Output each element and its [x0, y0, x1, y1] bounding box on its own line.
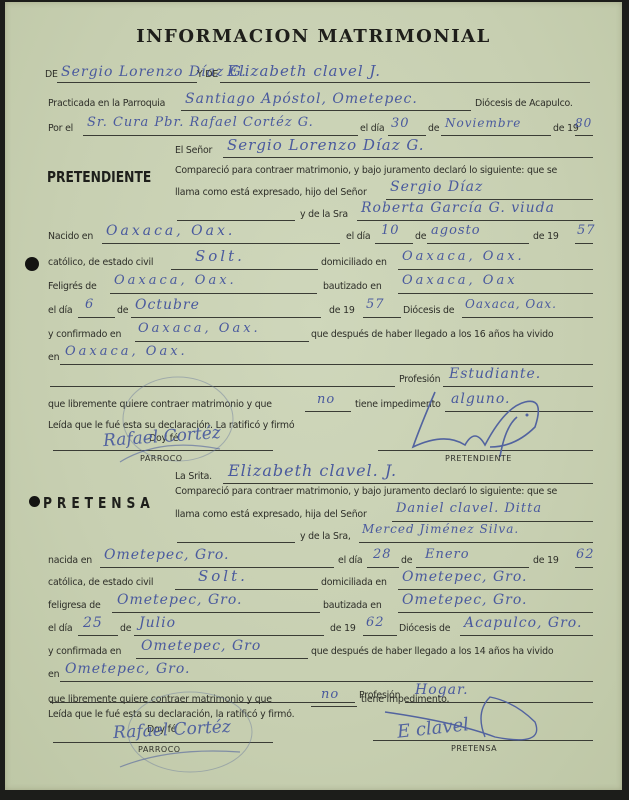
confirmada-label: y confirmada en [48, 646, 121, 657]
groom-profession-field[interactable]: Estudiante. [449, 366, 541, 382]
groom-confirmed-in-field[interactable]: Oaxaca, Oax. [138, 321, 261, 336]
bride-mother-label: y de la Sra, [300, 531, 351, 542]
punch-hole [29, 496, 40, 507]
groom-despues-text: que después de haber llegado a los 16 añ… [311, 329, 553, 340]
senor-label: El Señor [175, 145, 212, 156]
dia-label: el día [360, 123, 384, 134]
parish-seal-stamp [100, 692, 280, 782]
groom-baptism-de-label: de [117, 305, 128, 316]
bride-diocesis-label: Diócesis de [399, 623, 450, 634]
bride-signature-flourish [375, 692, 555, 752]
bride-parroco-label: PARROCO [138, 745, 181, 754]
groom-baptism-year-field[interactable]: 57 [366, 297, 385, 312]
groom-birthplace-field[interactable]: Oaxaca, Oax. [106, 223, 235, 239]
groom-mother-field[interactable]: Roberta García G. viuda [361, 200, 555, 216]
groom-baptism-year-prefix: de 19 [329, 305, 355, 316]
bride-baptized-in-field[interactable]: Ometepec, Gro. [402, 592, 527, 608]
parroquia-field[interactable]: Santiago Apóstol, Ometepec. [185, 91, 418, 107]
por-el-label: Por el [48, 123, 73, 134]
diocesis-acapulco-label: Diócesis de Acapulco. [475, 98, 573, 109]
bautizado-label: bautizado en [323, 281, 382, 292]
groom-dia-label: el día [346, 231, 370, 242]
pretendiente-section-title: PRETENDIENTE [47, 168, 151, 186]
groom-birth-month-field[interactable]: agosto [431, 223, 481, 238]
bride-name-field[interactable]: Elizabeth clavel J. [227, 62, 381, 80]
bride-domicile-field[interactable]: Ometepec, Gro. [402, 569, 527, 585]
bride-birth-month-field[interactable]: Enero [425, 547, 470, 562]
groom-birth-day-field[interactable]: 10 [381, 223, 400, 238]
groom-mother-label: y de la Sra [300, 209, 348, 220]
bride-llama-text: llama como está expresado, hija del Seño… [175, 509, 367, 520]
bride-baptism-dia-label: el día [48, 623, 72, 634]
groom-baptism-day-field[interactable]: 6 [85, 297, 94, 312]
bride-en-label: en [48, 669, 59, 680]
bride-baptism-de-label: de [120, 623, 131, 634]
pretendiente-signature-label: PRETENDIENTE [445, 454, 512, 463]
groom-lived-in-field[interactable]: Oaxaca, Oax. [65, 344, 188, 359]
bride-birthplace-field[interactable]: Ometepec, Gro. [104, 547, 229, 563]
pretensa-section-title: PRETENSA [43, 494, 155, 512]
groom-feligres-field[interactable]: Oaxaca, Oax. [114, 273, 237, 288]
catolica-label: católica, de estado civil [48, 577, 153, 588]
bride-birth-day-field[interactable]: 28 [373, 547, 392, 562]
domiciliada-label: domiciliada en [321, 577, 387, 588]
bride-mother-field[interactable]: Merced Jiménez Silva. [362, 522, 519, 536]
groom-impediment-neg-field[interactable]: no [317, 392, 335, 407]
groom-civil-status-field[interactable]: Solt. [195, 247, 245, 265]
de-label: DE [45, 69, 58, 80]
de-label-2: de [428, 123, 439, 134]
groom-comparecio-text: Compareció para contraer matrimonio, y b… [175, 165, 557, 176]
bride-father-field[interactable]: Daniel clavel. Ditta [396, 501, 542, 516]
groom-birth-year-field[interactable]: 57 [577, 223, 596, 238]
month-field[interactable]: Noviembre [445, 116, 521, 130]
bride-year-prefix: de 19 [533, 555, 559, 566]
groom-diocese-field[interactable]: Oaxaca, Oax. [465, 297, 557, 311]
catolico-label: católico, de estado civil [48, 257, 153, 268]
year-field[interactable]: 80 [575, 116, 592, 130]
bride-despues-text: que después de haber llegado a los 14 añ… [311, 646, 553, 657]
groom-en-label: en [48, 352, 59, 363]
bride-baptism-month-field[interactable]: Julio [139, 615, 176, 631]
groom-de-label: de [415, 231, 426, 242]
feligresa-label: feligresa de [48, 600, 101, 611]
bride-lived-in-field[interactable]: Ometepec, Gro. [65, 661, 190, 677]
nacida-label: nacida en [48, 555, 92, 566]
srita-label: La Srita. [175, 471, 212, 482]
groom-full-name-field[interactable]: Sergio Lorenzo Díaz G. [227, 136, 425, 154]
groom-name-field[interactable]: Sergio Lorenzo Díaz G. [61, 64, 247, 80]
bride-civil-status-field[interactable]: Solt. [198, 567, 248, 585]
bride-diocese-field[interactable]: Acapulco, Gro. [464, 615, 582, 631]
groom-parroco-label: PARROCO [140, 454, 183, 463]
document-title: INFORMACION MATRIMONIAL [5, 26, 622, 47]
bride-dia-label: el día [338, 555, 362, 566]
nacido-label: Nacido en [48, 231, 93, 242]
pretensa-signature-label: PRETENSA [451, 744, 497, 753]
groom-baptism-month-field[interactable]: Octubre [135, 297, 200, 313]
groom-profesion-label: Profesión [399, 374, 440, 385]
bride-impediment-neg-field[interactable]: no [321, 687, 339, 702]
bride-full-name-field[interactable]: Elizabeth clavel. J. [228, 461, 397, 480]
bride-baptism-year-prefix: de 19 [330, 623, 356, 634]
groom-year-prefix: de 19 [533, 231, 559, 242]
officiant-field[interactable]: Sr. Cura Pbr. Rafael Cortéz G. [87, 115, 314, 130]
groom-baptized-in-field[interactable]: Oaxaca, Oax [402, 273, 518, 288]
groom-father-field[interactable]: Sergio Díaz [390, 179, 483, 195]
marriage-information-form: INFORMACION MATRIMONIAL DE Sergio Lorenz… [5, 2, 622, 790]
bride-baptism-year-field[interactable]: 62 [366, 615, 385, 630]
punch-hole [25, 257, 39, 271]
feligres-label: Feligrés de [48, 281, 97, 292]
groom-domicile-field[interactable]: Oaxaca, Oax. [402, 249, 525, 264]
bautizada-label: bautizada en [323, 600, 382, 611]
y-de-label: Y DE [197, 69, 218, 80]
bride-feligresa-field[interactable]: Ometepec, Gro. [117, 592, 242, 608]
bride-baptism-day-field[interactable]: 25 [83, 615, 103, 631]
bride-de-label: de [401, 555, 412, 566]
bride-comparecio-text: Compareció para contraer matrimonio, y b… [175, 486, 557, 497]
groom-llama-text: llama como está expresado, hijo del Seño… [175, 187, 367, 198]
parroquia-label: Practicada en la Parroquia [48, 98, 165, 109]
domiciliado-label: domiciliado en [321, 257, 387, 268]
bride-birth-year-field[interactable]: 62 [576, 547, 595, 562]
groom-diocesis-label: Diócesis de [403, 305, 454, 316]
bride-confirmed-in-field[interactable]: Ometepec, Gro [141, 638, 261, 654]
confirmado-label: y confirmado en [48, 329, 121, 340]
groom-baptism-dia-label: el día [48, 305, 72, 316]
day-field[interactable]: 30 [391, 116, 410, 131]
